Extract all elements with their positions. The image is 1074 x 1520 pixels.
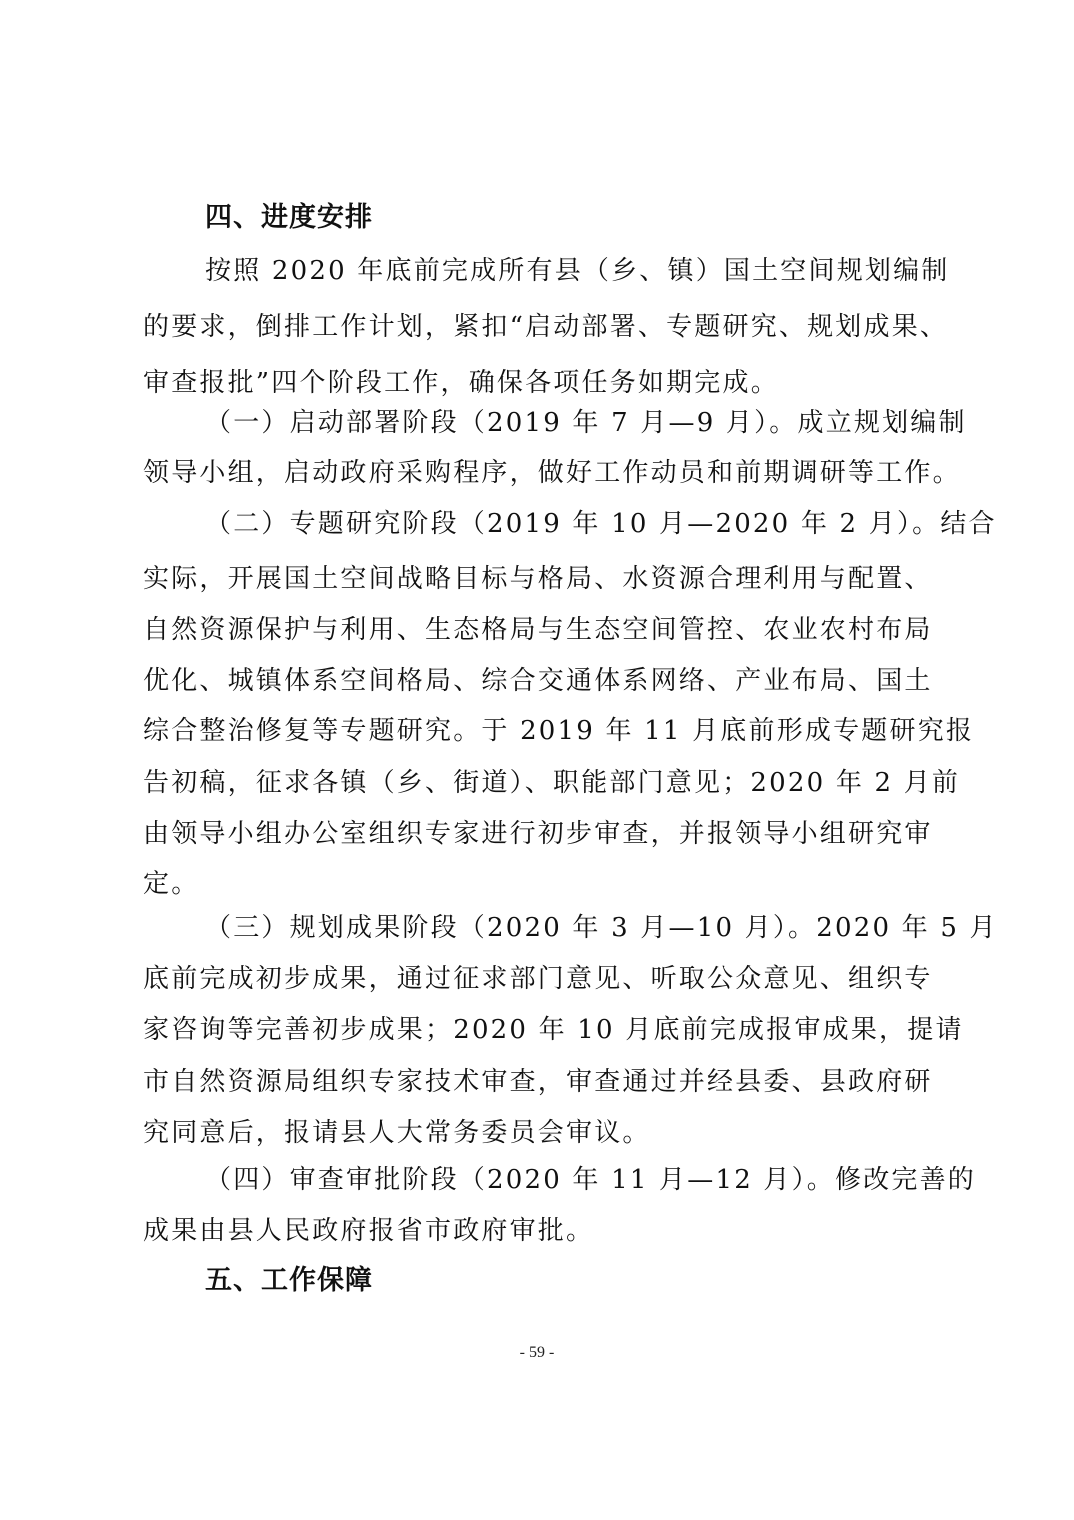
stage-2-line: 综合整治修复等专题研究。于 2019 年 11 月底前形成专题研究报 (143, 713, 943, 749)
stage-2-line: 自然资源保护与利用、生态格局与生态空间管控、农业农村布局 (143, 612, 943, 648)
stage-1-line: 领导小组，启动政府采购程序，做好工作动员和前期调研等工作。 (143, 455, 943, 491)
stage-2-line: （二）专题研究阶段（2019 年 10 月—2020 年 2 月）。结合 (205, 506, 1005, 542)
stage-2-line: 定。 (143, 866, 943, 902)
stage-3-line: 底前完成初步成果，通过征求部门意见、听取公众意见、组织专 (143, 961, 943, 997)
stage-3-line: 家咨询等完善初步成果；2020 年 10 月底前完成报审成果，提请 (143, 1012, 943, 1048)
stage-3-line: （三）规划成果阶段（2020 年 3 月—10 月）。2020 年 5 月 (205, 910, 1005, 946)
paragraph-line: 的要求，倒排工作计划，紧扣“启动部署、专题研究、规划成果、 (143, 309, 943, 345)
stage-2-line: 实际，开展国土空间战略目标与格局、水资源合理利用与配置、 (143, 561, 943, 597)
stage-2-line: 由领导小组办公室组织专家进行初步审查，并报领导小组研究审 (143, 816, 943, 852)
paragraph-line: 审查报批”四个阶段工作，确保各项任务如期完成。 (143, 365, 943, 401)
stage-1-line: （一）启动部署阶段（2019 年 7 月—9 月）。成立规划编制 (205, 405, 1005, 441)
stage-2-line: 优化、城镇体系空间格局、综合交通体系网络、产业布局、国土 (143, 663, 943, 699)
stage-3-line: 究同意后，报请县人大常务委员会审议。 (143, 1115, 943, 1151)
stage-4-line: （四）审查审批阶段（2020 年 11 月—12 月）。修改完善的 (205, 1162, 1005, 1198)
section-heading-schedule: 四、进度安排 (205, 200, 373, 236)
section-heading-safeguards: 五、工作保障 (205, 1263, 373, 1299)
stage-2-line: 告初稿，征求各镇（乡、街道）、职能部门意见；2020 年 2 月前 (143, 765, 943, 801)
paragraph-line: 按照 2020 年底前完成所有县（乡、镇）国土空间规划编制 (205, 253, 1005, 289)
stage-4-line: 成果由县人民政府报省市政府审批。 (143, 1213, 943, 1249)
document-page: 四、进度安排 按照 2020 年底前完成所有县（乡、镇）国土空间规划编制 的要求… (0, 0, 1074, 1520)
stage-3-line: 市自然资源局组织专家技术审查，审查通过并经县委、县政府研 (143, 1064, 943, 1100)
page-number: - 59 - (0, 1343, 1074, 1363)
